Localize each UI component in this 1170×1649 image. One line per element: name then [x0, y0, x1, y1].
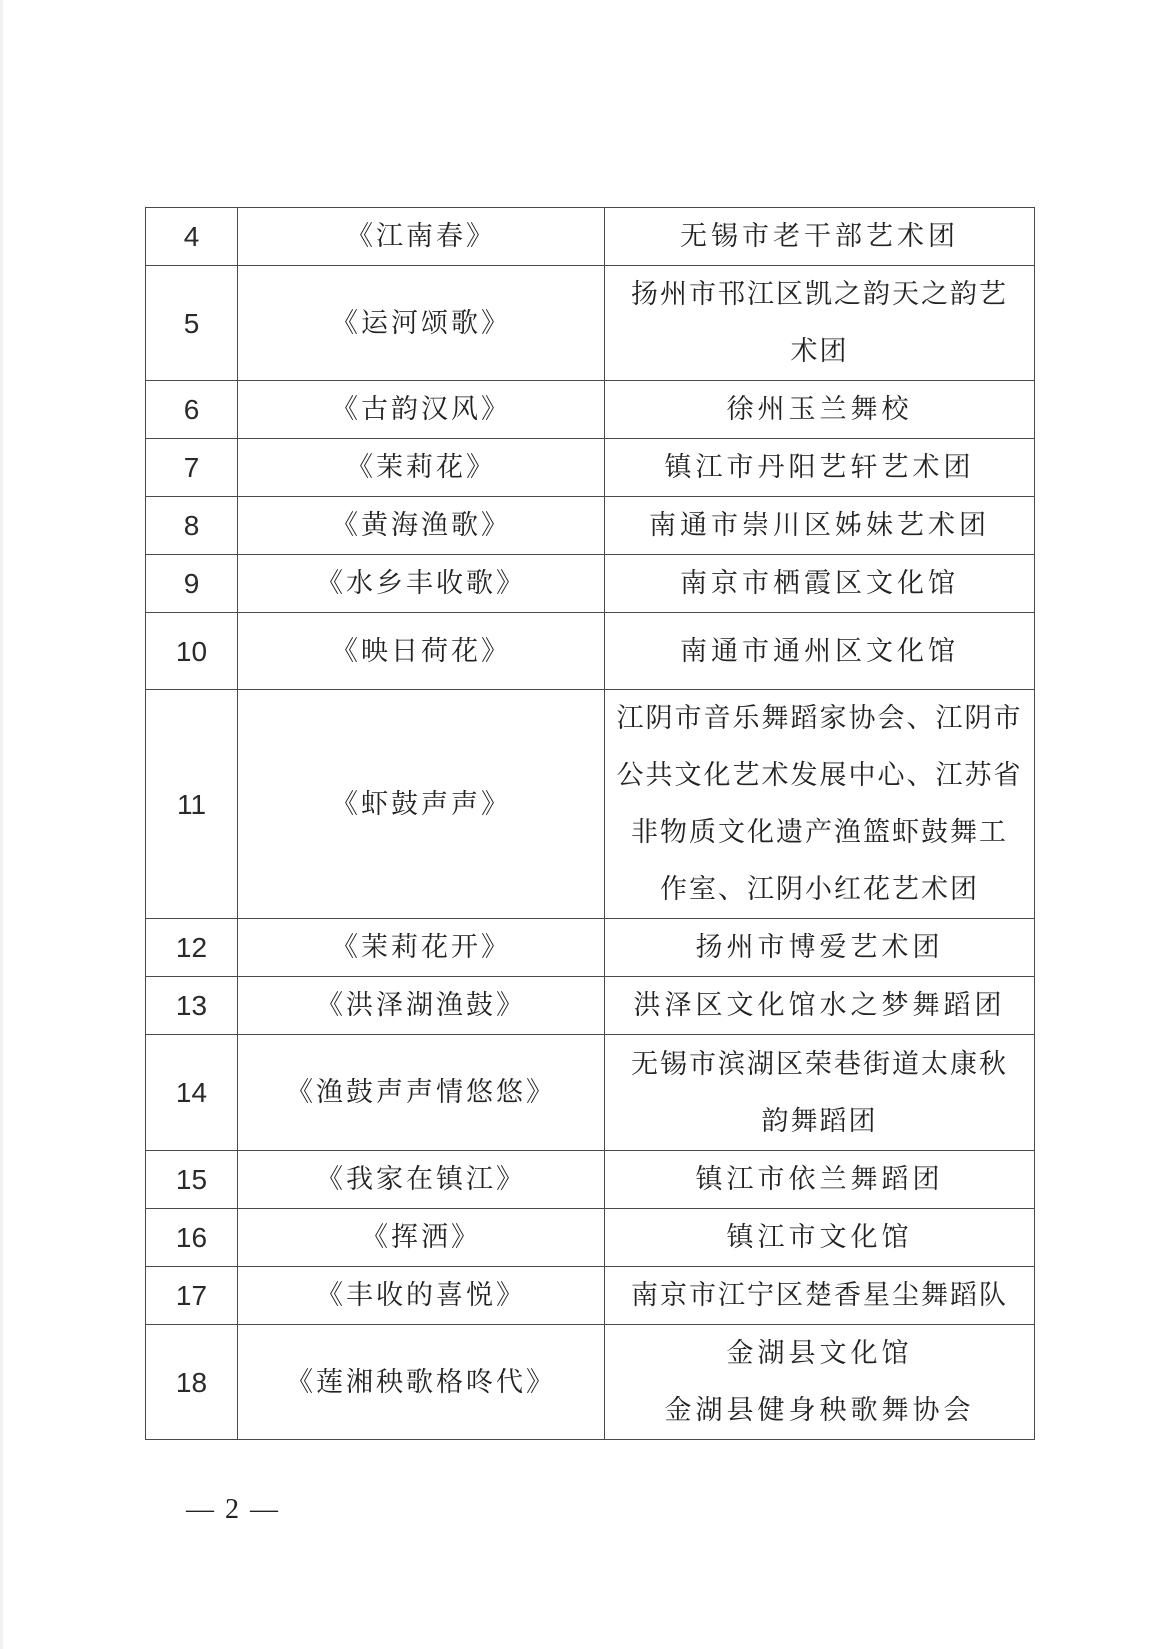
organization-line: 扬州市博爱艺术团 [613, 919, 1026, 976]
page-number: — 2 — [186, 1494, 280, 1526]
organization-line: 南京市栖霞区文化馆 [613, 555, 1026, 612]
table-row: 8《黄海渔歌》南通市崇川区姊妹艺术团 [146, 497, 1035, 555]
table-row: 4《江南春》无锡市老干部艺术团 [146, 208, 1035, 266]
program-title: 《茉莉花开》 [238, 919, 605, 977]
performing-organization: 江阴市音乐舞蹈家协会、江阴市公共文化艺术发展中心、江苏省非物质文化遗产渔篮虾鼓舞… [605, 690, 1035, 919]
program-title: 《黄海渔歌》 [238, 497, 605, 555]
performing-organization: 镇江市丹阳艺轩艺术团 [605, 439, 1035, 497]
organization-line: 徐州玉兰舞校 [613, 381, 1026, 438]
organization-line: 镇江市丹阳艺轩艺术团 [613, 439, 1026, 496]
row-number: 13 [146, 977, 238, 1035]
organization-line: 南通市通州区文化馆 [613, 623, 1026, 680]
table-row: 17《丰收的喜悦》南京市江宁区楚香星尘舞蹈队 [146, 1267, 1035, 1325]
organization-line: 镇江市依兰舞蹈团 [613, 1151, 1026, 1208]
program-title: 《运河颂歌》 [238, 266, 605, 381]
program-title: 《渔鼓声声情悠悠》 [238, 1035, 605, 1151]
table-row: 15《我家在镇江》镇江市依兰舞蹈团 [146, 1151, 1035, 1209]
row-number: 6 [146, 381, 238, 439]
row-number: 9 [146, 555, 238, 613]
organization-line: 金湖县健身秧歌舞协会 [613, 1382, 1026, 1439]
table-row: 6《古韵汉风》徐州玉兰舞校 [146, 381, 1035, 439]
table-row: 11《虾鼓声声》江阴市音乐舞蹈家协会、江阴市公共文化艺术发展中心、江苏省非物质文… [146, 690, 1035, 919]
row-number: 14 [146, 1035, 238, 1151]
organization-line: 南通市崇川区姊妹艺术团 [613, 497, 1026, 554]
table-row: 14《渔鼓声声情悠悠》无锡市滨湖区荣巷街道太康秋韵舞蹈团 [146, 1035, 1035, 1151]
row-number: 5 [146, 266, 238, 381]
organization-line: 韵舞蹈团 [609, 1093, 1030, 1150]
performing-organization: 无锡市老干部艺术团 [605, 208, 1035, 266]
performing-organization: 扬州市邗江区凯之韵天之韵艺术团 [605, 266, 1035, 381]
program-title: 《我家在镇江》 [238, 1151, 605, 1209]
performing-organization: 金湖县文化馆金湖县健身秧歌舞协会 [605, 1325, 1035, 1440]
row-number: 16 [146, 1209, 238, 1267]
row-number: 15 [146, 1151, 238, 1209]
page-edge [0, 0, 3, 1649]
row-number: 7 [146, 439, 238, 497]
performing-organization: 南通市崇川区姊妹艺术团 [605, 497, 1035, 555]
row-number: 4 [146, 208, 238, 266]
performing-organization: 南通市通州区文化馆 [605, 613, 1035, 690]
program-title: 《洪泽湖渔鼓》 [238, 977, 605, 1035]
performing-organization: 扬州市博爱艺术团 [605, 919, 1035, 977]
program-title: 《映日荷花》 [238, 613, 605, 690]
program-title: 《挥洒》 [238, 1209, 605, 1267]
program-title: 《茉莉花》 [238, 439, 605, 497]
table-row: 7《茉莉花》镇江市丹阳艺轩艺术团 [146, 439, 1035, 497]
organization-line: 作室、江阴小红花艺术团 [609, 861, 1030, 918]
performing-organization: 镇江市文化馆 [605, 1209, 1035, 1267]
table-row: 9《水乡丰收歌》南京市栖霞区文化馆 [146, 555, 1035, 613]
organization-line: 术团 [609, 323, 1030, 380]
row-number: 8 [146, 497, 238, 555]
table-row: 10《映日荷花》南通市通州区文化馆 [146, 613, 1035, 690]
table-row: 16《挥洒》镇江市文化馆 [146, 1209, 1035, 1267]
program-title: 《莲湘秧歌格咚代》 [238, 1325, 605, 1440]
organization-line: 南京市江宁区楚香星尘舞蹈队 [609, 1267, 1030, 1324]
row-number: 10 [146, 613, 238, 690]
program-list-table: 4《江南春》无锡市老干部艺术团5《运河颂歌》扬州市邗江区凯之韵天之韵艺术团6《古… [145, 207, 1035, 1440]
program-title: 《古韵汉风》 [238, 381, 605, 439]
row-number: 12 [146, 919, 238, 977]
table-row: 12《茉莉花开》扬州市博爱艺术团 [146, 919, 1035, 977]
program-title: 《水乡丰收歌》 [238, 555, 605, 613]
table-row: 13《洪泽湖渔鼓》洪泽区文化馆水之梦舞蹈团 [146, 977, 1035, 1035]
row-number: 17 [146, 1267, 238, 1325]
organization-line: 无锡市滨湖区荣巷街道太康秋 [609, 1036, 1030, 1093]
row-number: 18 [146, 1325, 238, 1440]
table-row: 5《运河颂歌》扬州市邗江区凯之韵天之韵艺术团 [146, 266, 1035, 381]
organization-line: 江阴市音乐舞蹈家协会、江阴市 [609, 690, 1030, 747]
organization-line: 公共文化艺术发展中心、江苏省 [609, 747, 1030, 804]
performing-organization: 南京市江宁区楚香星尘舞蹈队 [605, 1267, 1035, 1325]
program-title: 《江南春》 [238, 208, 605, 266]
performing-organization: 镇江市依兰舞蹈团 [605, 1151, 1035, 1209]
table-row: 18《莲湘秧歌格咚代》金湖县文化馆金湖县健身秧歌舞协会 [146, 1325, 1035, 1440]
performing-organization: 南京市栖霞区文化馆 [605, 555, 1035, 613]
organization-line: 金湖县文化馆 [613, 1325, 1026, 1382]
organization-line: 镇江市文化馆 [613, 1209, 1026, 1266]
program-title: 《虾鼓声声》 [238, 690, 605, 919]
performing-organization: 无锡市滨湖区荣巷街道太康秋韵舞蹈团 [605, 1035, 1035, 1151]
performing-organization: 洪泽区文化馆水之梦舞蹈团 [605, 977, 1035, 1035]
organization-line: 无锡市老干部艺术团 [613, 208, 1026, 265]
organization-line: 扬州市邗江区凯之韵天之韵艺 [609, 266, 1030, 323]
organization-line: 非物质文化遗产渔篮虾鼓舞工 [609, 804, 1030, 861]
table-body: 4《江南春》无锡市老干部艺术团5《运河颂歌》扬州市邗江区凯之韵天之韵艺术团6《古… [146, 208, 1035, 1440]
row-number: 11 [146, 690, 238, 919]
program-title: 《丰收的喜悦》 [238, 1267, 605, 1325]
organization-line: 洪泽区文化馆水之梦舞蹈团 [613, 977, 1026, 1034]
performing-organization: 徐州玉兰舞校 [605, 381, 1035, 439]
